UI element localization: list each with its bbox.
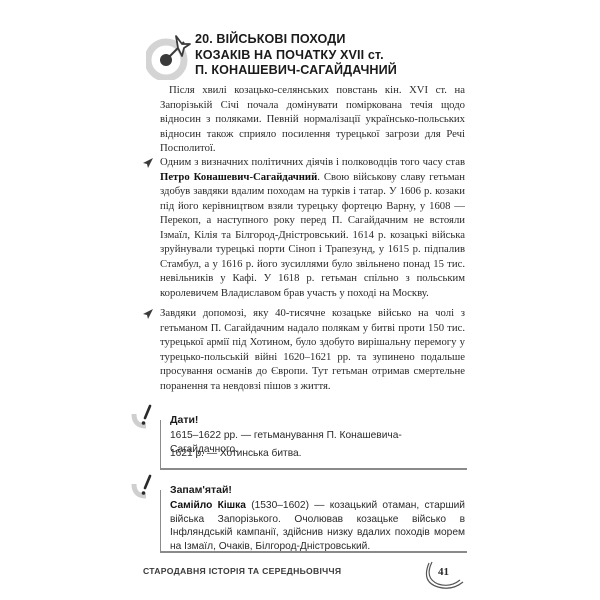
footer-section-title: СТАРОДАВНЯ ІСТОРІЯ ТА СЕРЕДНЬОВІЧЧЯ [143, 566, 341, 576]
intro-paragraph: Після хвилі козацько-селянських повстань… [160, 83, 465, 156]
highlighted-name: Петро Конашевич-Сагайдачний [160, 171, 317, 183]
dates-box: Дати! 1615–1622 рр. — гетьманування П. К… [160, 420, 467, 470]
textbook-page: 20. ВІЙСЬКОВІ ПОХОДИ КОЗАКІВ НА ПОЧАТКУ … [0, 0, 600, 600]
paragraph-text: . Свою військову славу гетьман здобув за… [160, 171, 465, 299]
title-line: П. КОНАШЕВИЧ-САГАЙДАЧНИЙ [195, 63, 465, 79]
exclamation-icon [130, 474, 158, 502]
paragraph-text: Одним з визначних політичних діячів і по… [160, 156, 465, 168]
title-line: 20. ВІЙСЬКОВІ ПОХОДИ [195, 32, 465, 48]
highlighted-name: Самійло Кішка [170, 500, 246, 511]
khotyn-paragraph: Завдяки допомозі, яку 40-тисячне козацьк… [160, 306, 465, 393]
date-entry: 1621 р. — Хотинська битва. [170, 447, 465, 461]
remember-text: Самійло Кішка (1530–1602) — козацький от… [170, 499, 465, 553]
page-number-badge: 41 [424, 560, 468, 590]
target-arrow-icon [146, 30, 196, 80]
page-number: 41 [438, 566, 449, 578]
dates-box-title: Дати! [170, 414, 198, 426]
sahaidachny-paragraph: Одним з визначних політичних діячів і по… [160, 155, 465, 300]
pointer-arrow-icon [142, 157, 154, 169]
section-header: 20. ВІЙСЬКОВІ ПОХОДИ КОЗАКІВ НА ПОЧАТКУ … [146, 26, 466, 86]
pointer-arrow-icon [142, 308, 154, 320]
title-line: КОЗАКІВ НА ПОЧАТКУ XVII ст. [195, 48, 465, 64]
page-title: 20. ВІЙСЬКОВІ ПОХОДИ КОЗАКІВ НА ПОЧАТКУ … [195, 32, 465, 79]
exclamation-icon [130, 404, 158, 432]
remember-box-title: Запам'ятай! [170, 484, 232, 496]
remember-box: Запам'ятай! Самійло Кішка (1530–1602) — … [160, 490, 467, 553]
